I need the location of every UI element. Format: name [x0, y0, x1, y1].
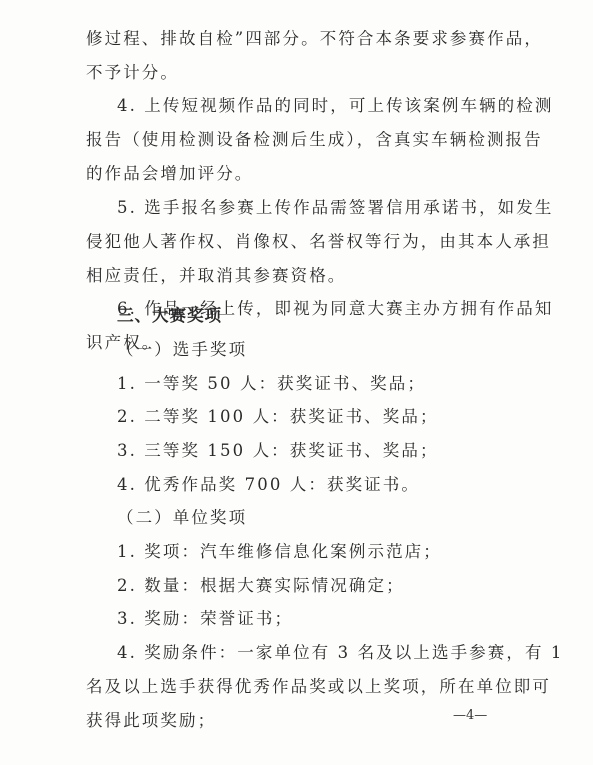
- list-item: 1. 奖项：汽车维修信息化案例示范店；: [117, 542, 557, 562]
- paragraph-line: 的作品会增加评分。: [86, 164, 526, 184]
- subsection-title: （一）选手奖项: [117, 340, 557, 360]
- page-number: —4—: [453, 708, 487, 723]
- list-item-continuation: 名及以上选手获得优秀作品奖或以上奖项，所在单位即可: [86, 677, 526, 697]
- list-item: 4. 优秀作品奖 700 人：获奖证书。: [117, 475, 557, 495]
- list-item: 1. 一等奖 50 人：获奖证书、奖品；: [117, 374, 557, 394]
- paragraph-line: 侵犯他人著作权、肖像权、名誉权等行为，由其本人承担: [86, 232, 526, 252]
- document-page: 修过程、排故自检”四部分。不符合本条要求参赛作品， 不予计分。 4. 上传短视频…: [0, 0, 593, 765]
- paragraph-line: 不予计分。: [86, 63, 526, 83]
- list-item: 3. 三等奖 150 人：获奖证书、奖品；: [117, 441, 557, 461]
- section-heading: 三、大赛奖项: [117, 306, 557, 326]
- list-item: 4. 奖励条件：一家单位有 3 名及以上选手参赛，有 1: [117, 643, 557, 663]
- paragraph-line: 4. 上传短视频作品的同时，可上传该案例车辆的检测: [117, 96, 557, 116]
- paragraph-line: 修过程、排故自检”四部分。不符合本条要求参赛作品，: [86, 29, 526, 49]
- list-item: 2. 数量：根据大赛实际情况确定；: [117, 576, 557, 596]
- paragraph-line: 相应责任，并取消其参赛资格。: [86, 266, 526, 286]
- paragraph-line: 5. 选手报名参赛上传作品需签署信用承诺书，如发生: [117, 198, 557, 218]
- paragraph-line: 报告（使用检测设备检测后生成），含真实车辆检测报告: [86, 130, 526, 150]
- list-item: 2. 二等奖 100 人：获奖证书、奖品；: [117, 407, 557, 427]
- subsection-title: （二）单位奖项: [117, 508, 557, 528]
- list-item: 3. 奖励：荣誉证书；: [117, 609, 557, 629]
